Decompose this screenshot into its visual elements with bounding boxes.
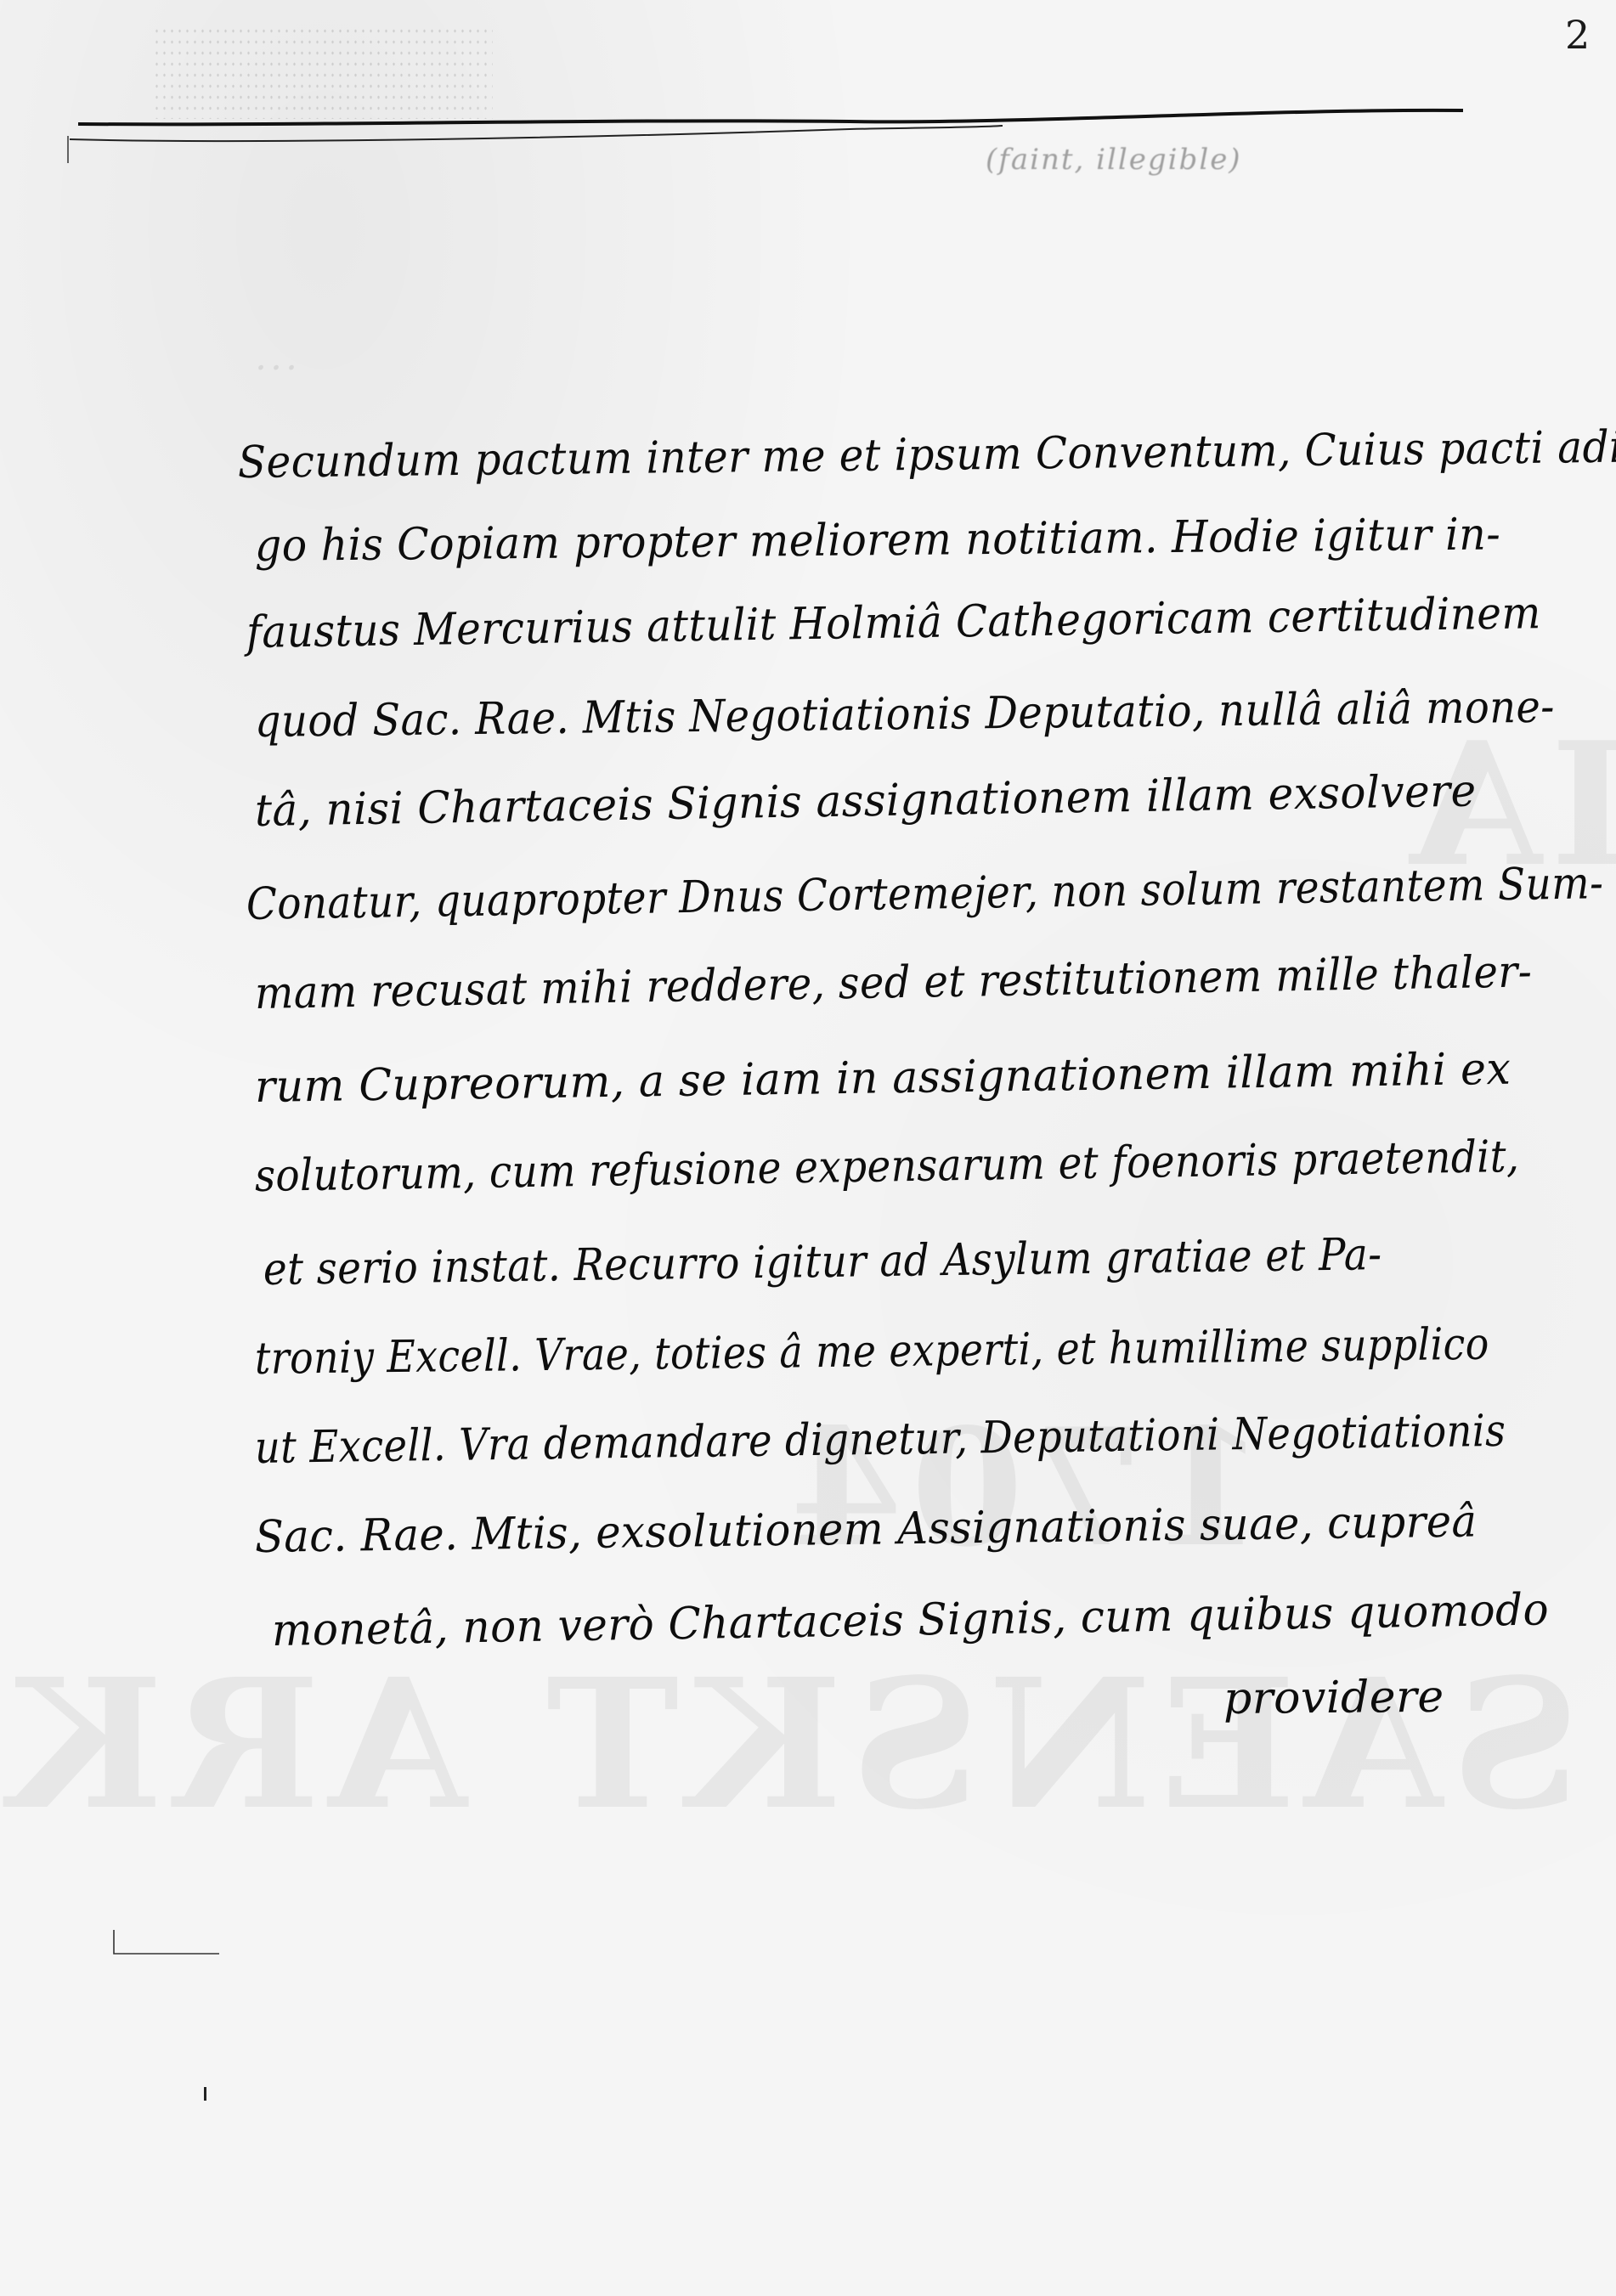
manuscript-line: rum Cupreorum, a se iam in assignationem… xyxy=(255,1044,1511,1113)
manuscript-line: faustus Mercurius attulit Holmiâ Cathego… xyxy=(246,588,1542,658)
manuscript-line: ut Excell. Vra demandare dignetur, Deput… xyxy=(255,1406,1506,1474)
header-annotation: (faint, illegible) xyxy=(986,143,1242,177)
manuscript-line: et serio instat. Recurro igitur ad Asylu… xyxy=(263,1229,1382,1295)
bleedthrough-letters-bottom: SAENSKT ARK xyxy=(0,1639,1580,1849)
manuscript-line: quod Sac. Rae. Mtis Negotiationis Deputa… xyxy=(255,682,1555,747)
bottom-left-mark xyxy=(109,1928,228,1962)
manuscript-line: Conatur, quapropter Dnus Cortemejer, non… xyxy=(246,858,1604,930)
bleedthrough-text-middle: ... xyxy=(255,336,301,379)
manuscript-line: solutorum, cum refusione expensarum et f… xyxy=(255,1131,1520,1202)
top-ruled-line xyxy=(0,0,1616,170)
manuscript-page: 2 (faint, illegible) ... SKIA 1704 SAENS… xyxy=(0,0,1616,2296)
manuscript-line: troniy Excell. Vrae, toties â me experti… xyxy=(255,1319,1489,1385)
stray-ink-mark xyxy=(204,2087,206,2101)
manuscript-line-catchword: providere xyxy=(1223,1672,1444,1724)
manuscript-line: tâ, nisi Chartaceis Signis assignationem… xyxy=(255,765,1477,837)
manuscript-line: Sac. Rae. Mtis, exsolutionem Assignation… xyxy=(255,1497,1478,1563)
manuscript-line: Secundum pactum inter me et ipsum Conven… xyxy=(238,421,1616,488)
manuscript-line: mam recusat mihi reddere, sed et restitu… xyxy=(255,946,1533,1019)
manuscript-line: go his Copiam propter meliorem notitiam.… xyxy=(255,509,1501,572)
